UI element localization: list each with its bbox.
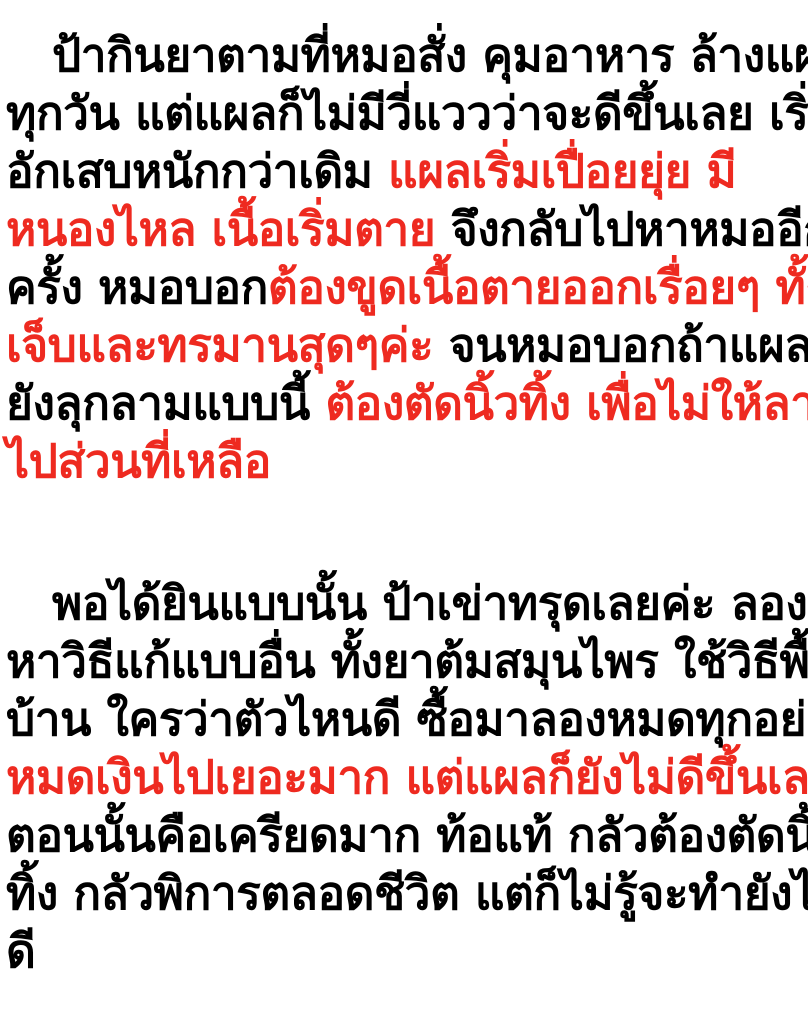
text-line: ทิ้ง กลัวพิการตลอดชีวิต แต่ก็ไม่รู้จะทำย… <box>6 864 802 922</box>
text-run: ดี <box>6 924 35 978</box>
highlighted-text-run: ต้องตัดนิ้วทิ้ง เพื่อไม่ให้ลาม <box>325 376 808 430</box>
text-run: ตอนนั้นคือเครียดมาก ท้อแท้ กลัวต้องตัดนิ… <box>6 808 808 862</box>
paragraph-1: ป้ากินยาตามที่หมอสั่ง คุมอาหาร ล้างแผลทุ… <box>6 26 802 490</box>
text-line: เจ็บและทรมานสุดๆค่ะ จนหมอบอกถ้าแผล <box>6 316 802 374</box>
text-line: หนองไหล เนื้อเริ่มตาย จึงกลับไปหาหมออีก <box>6 200 802 258</box>
text-run: จนหมอบอกถ้าแผล <box>449 318 808 372</box>
text-line: ตอนนั้นคือเครียดมาก ท้อแท้ กลัวต้องตัดนิ… <box>6 806 802 864</box>
text-line: พอได้ยินแบบนั้น ป้าเข่าทรุดเลยค่ะ ลอง <box>6 574 802 632</box>
highlighted-text-run: หนองไหล เนื้อเริ่มตาย <box>6 202 451 256</box>
highlighted-text-run: แผลเริ่มเปื่อยยุ่ย มี <box>388 144 736 198</box>
text-line: บ้าน ใครว่าตัวไหนดี ซื้อมาลองหมดทุกอย่าง <box>6 690 802 748</box>
text-line: ครั้ง หมอบอกต้องขูดเนื้อตายออกเรื่อยๆ ทั… <box>6 258 802 316</box>
text-line: ดี <box>6 922 802 980</box>
highlighted-text-run: หมดเงินไปเยอะมาก แต่แผลก็ยังไม่ดีขึ้นเลย <box>6 750 808 804</box>
page: ป้ากินยาตามที่หมอสั่ง คุมอาหาร ล้างแผลทุ… <box>0 0 808 1024</box>
highlighted-text-run: ต้องขูดเนื้อตายออกเรื่อยๆ ทั้ง <box>268 260 808 314</box>
article: ป้ากินยาตามที่หมอสั่ง คุมอาหาร ล้างแผลทุ… <box>0 0 808 980</box>
text-run: บ้าน ใครว่าตัวไหนดี ซื้อมาลองหมดทุกอย่าง <box>6 692 808 746</box>
text-run: พอได้ยินแบบนั้น ป้าเข่าทรุดเลยค่ะ ลอง <box>52 576 807 630</box>
text-line: หาวิธีแก้แบบอื่น ทั้งยาต้มสมุนไพร ใช้วิธ… <box>6 632 802 690</box>
text-line: หมดเงินไปเยอะมาก แต่แผลก็ยังไม่ดีขึ้นเลย <box>6 748 802 806</box>
paragraph-2: พอได้ยินแบบนั้น ป้าเข่าทรุดเลยค่ะ ลองหาว… <box>6 574 802 980</box>
text-run: ทิ้ง กลัวพิการตลอดชีวิต แต่ก็ไม่รู้จะทำย… <box>6 866 808 920</box>
text-line: ยังลุกลามแบบนี้ ต้องตัดนิ้วทิ้ง เพื่อไม่… <box>6 374 802 432</box>
text-run: ยังลุกลามแบบนี้ <box>6 376 325 430</box>
text-line: ป้ากินยาตามที่หมอสั่ง คุมอาหาร ล้างแผล <box>6 26 802 84</box>
text-run: จึงกลับไปหาหมออีก <box>451 202 808 256</box>
text-line: ไปส่วนที่เหลือ <box>6 432 802 490</box>
text-run: อักเสบหนักกว่าเดิม <box>6 144 388 198</box>
text-line: ทุกวัน แต่แผลก็ไม่มีวี่แววว่าจะดีขึ้นเลย… <box>6 84 802 142</box>
text-line: อักเสบหนักกว่าเดิม แผลเริ่มเปื่อยยุ่ย มี <box>6 142 802 200</box>
text-run: ทุกวัน แต่แผลก็ไม่มีวี่แววว่าจะดีขึ้นเลย… <box>6 86 808 140</box>
highlighted-text-run: เจ็บและทรมานสุดๆค่ะ <box>6 318 449 372</box>
text-run: ป้ากินยาตามที่หมอสั่ง คุมอาหาร ล้างแผล <box>52 28 808 82</box>
text-run: ครั้ง หมอบอก <box>6 260 268 314</box>
text-run: หาวิธีแก้แบบอื่น ทั้งยาต้มสมุนไพร ใช้วิธ… <box>6 634 808 688</box>
highlighted-text-run: ไปส่วนที่เหลือ <box>6 434 271 488</box>
